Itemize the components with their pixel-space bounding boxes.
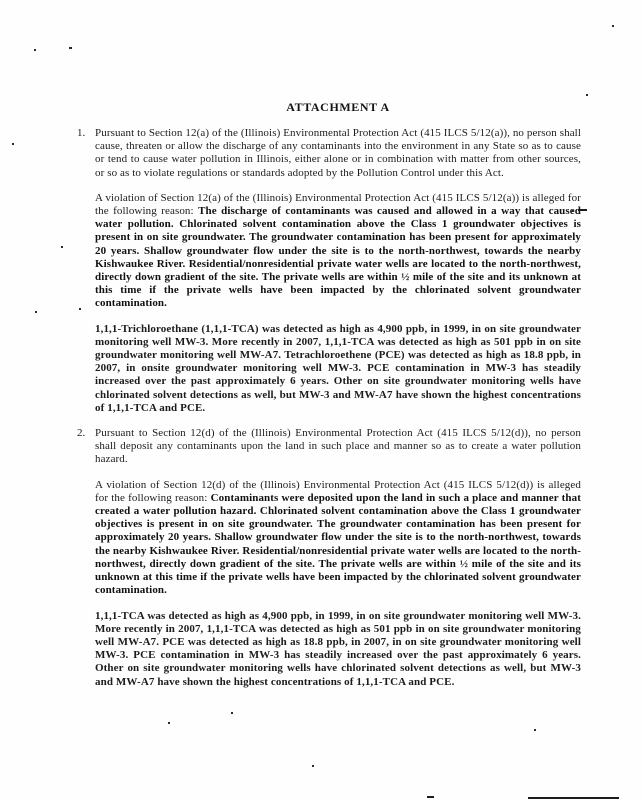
item-1-statute-paragraph: Pursuant to Section 12(a) of the (Illino… — [95, 127, 581, 180]
item-1-body: Pursuant to Section 12(a) of the (Illino… — [95, 127, 581, 427]
scan-speck — [534, 729, 536, 731]
scan-speck — [61, 246, 63, 248]
scan-dash — [578, 209, 587, 211]
scan-speck — [168, 722, 170, 724]
scan-dash — [427, 796, 434, 798]
scan-speck — [312, 765, 314, 767]
numbered-item-1: 1. Pursuant to Section 12(a) of the (Ill… — [77, 127, 581, 427]
document-title: ATTACHMENT A — [95, 100, 581, 115]
scan-speck — [69, 47, 72, 49]
scan-speck — [34, 49, 36, 51]
scan-speck — [586, 94, 588, 96]
scan-speck — [79, 308, 81, 310]
scan-rule-line — [528, 797, 619, 799]
item-2-violation-emphasis: Contaminants were deposited upon the lan… — [95, 492, 581, 596]
document-body: 1. Pursuant to Section 12(a) of the (Ill… — [77, 127, 581, 701]
item-1-violation-emphasis: The discharge of contaminants was caused… — [95, 205, 581, 309]
numbered-item-2: 2. Pursuant to Section 12(d) of the (Ill… — [77, 427, 581, 701]
item-2-number: 2. — [77, 427, 95, 701]
item-2-body: Pursuant to Section 12(d) of the (Illino… — [95, 427, 581, 701]
item-2-detections-paragraph: 1,1,1-TCA was detected as high as 4,900 … — [95, 610, 581, 689]
scan-speck — [572, 210, 574, 212]
scan-speck — [231, 712, 233, 714]
item-1-violation-paragraph: A violation of Section 12(a) of the (Ill… — [95, 192, 581, 311]
item-2-violation-paragraph: A violation of Section 12(d) of the (Ill… — [95, 479, 581, 598]
item-1-detections-paragraph: 1,1,1-Trichloroethane (1,1,1-TCA) was de… — [95, 323, 581, 415]
item-2-statute-paragraph: Pursuant to Section 12(d) of the (Illino… — [95, 427, 581, 467]
scanned-document-page: ATTACHMENT A 1. Pursuant to Section 12(a… — [0, 0, 642, 800]
scan-speck — [12, 143, 14, 145]
item-1-number: 1. — [77, 127, 95, 427]
scan-speck — [612, 25, 614, 27]
scan-speck — [35, 311, 37, 313]
